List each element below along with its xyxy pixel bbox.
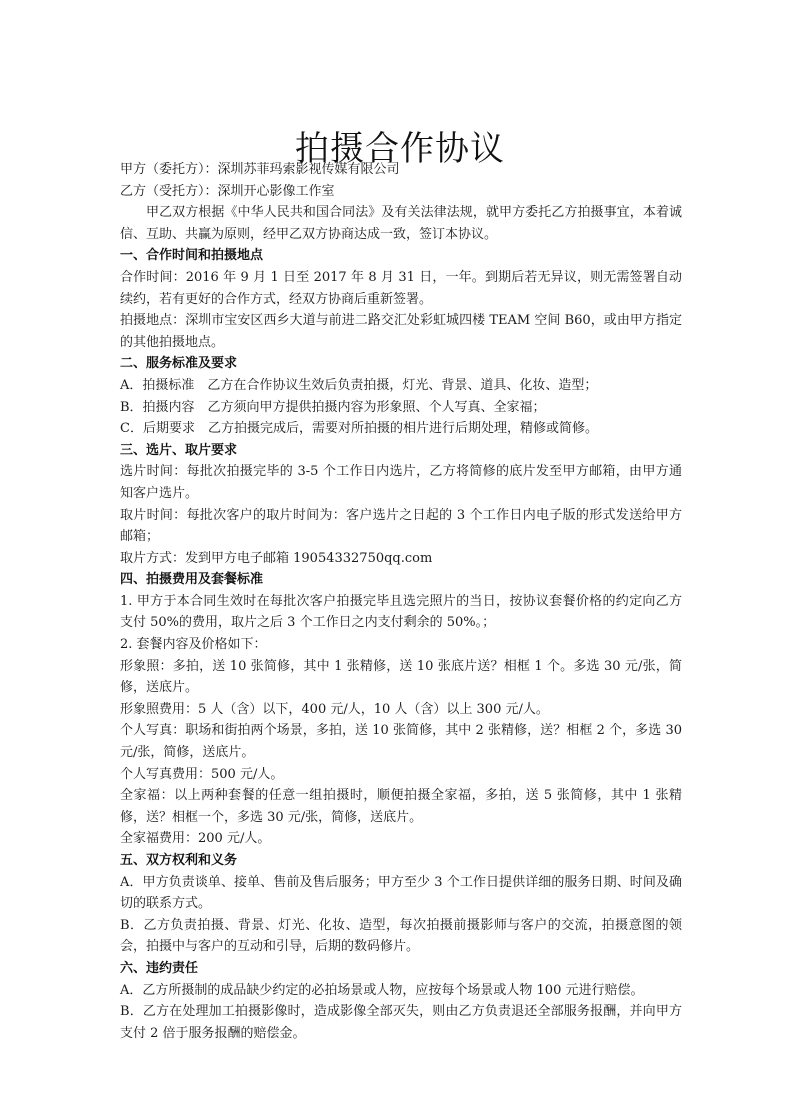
section-heading: 六、违约责任 [120,958,682,980]
paragraph: 选片时间：每批次拍摄完毕的 3-5 个工作日内选片，乙方将简修的底片发至甲方邮箱… [120,461,682,504]
section-heading: 二、服务标准及要求 [120,353,682,375]
section-heading: 五、双方权利和义务 [120,850,682,872]
section-heading: 四、拍摄费用及套餐标准 [120,569,682,591]
paragraph: 个人写真费用：500 元/人。 [120,764,682,786]
paragraph: B．拍摄内容 乙方须向甲方提供拍摄内容为形象照、个人写真、全家福； [120,397,682,419]
paragraph: B．乙方负责拍摄、背景、灯光、化妆、造型，每次拍摄前摄影师与客户的交流，拍摄意图… [120,915,682,958]
document-body: 甲方（委托方）：深圳苏菲玛索影视传媒有限公司 乙方（受托方）：深圳开心影像工作室… [120,159,682,1044]
paragraph: 全家福：以上两种套餐的任意一组拍摄时，顺便拍摄全家福，多拍，送 5 张简修，其中… [120,785,682,828]
paragraph: A．拍摄标准 乙方在合作协议生效后负责拍摄，灯光、背景、道具、化妆、造型； [120,375,682,397]
paragraph: 取片时间：每批次客户的取片时间为：客户选片之日起的 3 个工作日内电子版的形式发… [120,505,682,548]
paragraph: C．后期要求 乙方拍摄完成后，需要对所拍摄的相片进行后期处理，精修或简修。 [120,418,682,440]
party-b: 乙方（受托方）：深圳开心影像工作室 [120,181,682,203]
paragraph: 形象照：多拍，送 10 张简修，其中 1 张精修，送 10 张底片送？相框 1 … [120,656,682,699]
party-a: 甲方（委托方）：深圳苏菲玛索影视传媒有限公司 [120,159,682,181]
paragraph: 取片方式：发到甲方电子邮箱 19054332750qq.com [120,548,682,570]
paragraph: B．乙方在处理加工拍摄影像时，造成影像全部灭失，则由乙方负责退还全部服务报酬，并… [120,1001,682,1044]
paragraph: 个人写真：职场和街拍两个场景，多拍，送 10 张简修，其中 2 张精修，送？相框… [120,720,682,763]
section-heading: 三、选片、取片要求 [120,440,682,462]
preamble: 甲乙双方根据《中华人民共和国合同法》及有关法律法规，就甲方委托乙方拍摄事宜，本着… [120,202,682,245]
paragraph: 1. 甲方于本合同生效时在每批次客户拍摄完毕且选完照片的当日，按协议套餐价格的约… [120,591,682,634]
section-heading: 一、合作时间和拍摄地点 [120,245,682,267]
paragraph: 形象照费用：5 人（含）以下，400 元/人，10 人（含）以上 300 元/人… [120,699,682,721]
paragraph: 合作时间：2016 年 9 月 1 日至 2017 年 8 月 31 日，一年。… [120,267,682,310]
paragraph: A．乙方所摄制的成品缺少约定的必拍场景或人物，应按每个场景或人物 100 元进行… [120,980,682,1002]
paragraph: A．甲方负责谈单、接单、售前及售后服务；甲方至少 3 个工作日提供详细的服务日期… [120,872,682,915]
paragraph: 全家福费用：200 元/人。 [120,828,682,850]
paragraph: 2. 套餐内容及价格如下： [120,634,682,656]
paragraph: 拍摄地点：深圳市宝安区西乡大道与前进二路交汇处彩虹城四楼 TEAM 空间 B60… [120,310,682,353]
